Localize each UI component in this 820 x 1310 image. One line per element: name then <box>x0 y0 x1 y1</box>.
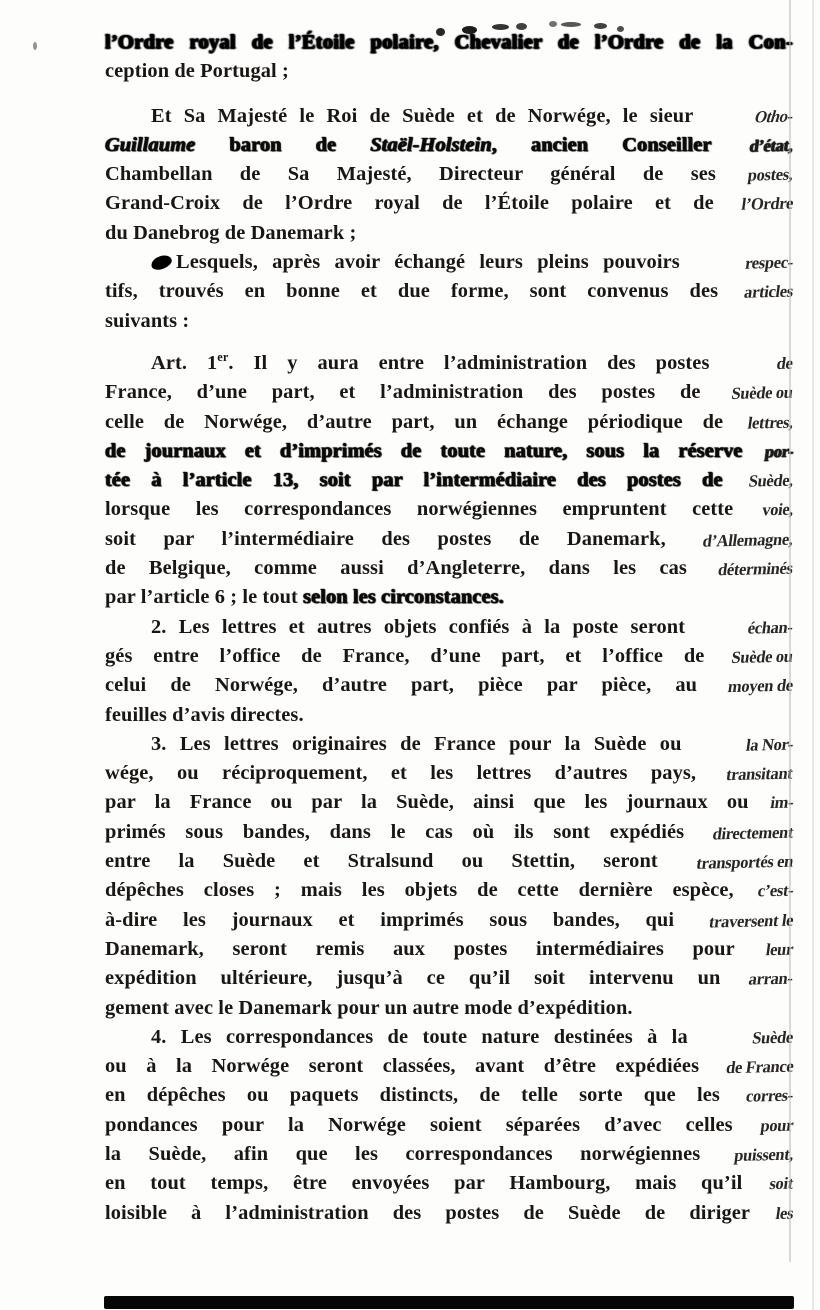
text-line: France, d’une part, et l’administration … <box>105 378 793 407</box>
text-line: expédition ultérieure, jusqu’à ce qu’il … <box>105 964 793 993</box>
text-segment: expédition ultérieure, jusqu’à ce qu’il … <box>105 967 720 989</box>
text-segment: la Suède, afin que les correspondances n… <box>105 1143 700 1165</box>
text-segment: par la France ou par la Suède, ainsi que… <box>105 791 749 813</box>
text-segment: Guillaume <box>105 134 195 156</box>
document-page: l’Ordre royal de l’Étoile polaire, Cheva… <box>0 0 820 1310</box>
text-line: gement avec le Danemark pour un autre mo… <box>105 994 793 1023</box>
text-line: ou à la Norwége seront classées, avant d… <box>105 1052 793 1081</box>
text-segment: de journaux et d’imprimés de toute natur… <box>105 440 743 462</box>
text-line: entre la Suède et Stralsund ou Stettin, … <box>105 847 793 876</box>
text-segment: entre la Suède et Stralsund ou Stettin, … <box>105 850 658 872</box>
edge-distorted-text: Suède <box>709 1024 795 1053</box>
text-line: à-dire les journaux et imprimés sous ban… <box>105 906 793 935</box>
text-line: Danemark, seront remis aux postes interm… <box>105 935 793 964</box>
text-line: lorsque les correspondances norwégiennes… <box>105 495 793 524</box>
text-segment: Lesquels, après avoir échangé leurs plei… <box>176 251 680 273</box>
edge-distorted-text: Suède, <box>747 467 795 495</box>
text-line: Art. 1er. Il y aura entre l’administrati… <box>105 349 793 378</box>
edge-distorted-text: Otho- <box>712 103 795 132</box>
text-line: 4. Les correspondances de toute nature d… <box>105 1023 793 1052</box>
text-segment: ception de Portugal ; <box>105 60 289 82</box>
text-line: primés sous bandes, dans le cas où ils s… <box>105 818 793 847</box>
edge-distorted-text: articles <box>742 278 794 306</box>
edge-distorted-text: traversent le <box>707 907 795 936</box>
text-segment: tifs, trouvés en bonne et due forme, son… <box>105 280 718 302</box>
text-line: dépêches closes ; mais les objets de cet… <box>105 876 793 905</box>
text-line: wége, ou réciproquement, et les lettres … <box>105 759 793 788</box>
edge-distorted-text: la Nor- <box>703 731 795 760</box>
text-line: celle de Norwége, d’autre part, un échan… <box>105 408 793 437</box>
text-segment: en dépêches ou paquets distincts, de tel… <box>105 1084 720 1106</box>
text-segment: suivants : <box>105 310 189 332</box>
text-segment: dépêches closes ; mais les objets de cet… <box>105 879 734 901</box>
text-line: par l’article 6 ; le tout selon les circ… <box>105 583 793 612</box>
text-line: 3. Les lettres originaires de France pou… <box>105 730 793 759</box>
edge-distorted-text: moyen de <box>726 672 795 701</box>
text-segment: Grand-Croix de l’Ordre royal de l’Étoile… <box>105 192 714 214</box>
text-segment: Danemark, seront remis aux postes interm… <box>105 938 734 960</box>
ink-speck <box>33 42 37 50</box>
text-segment: , ancien Conseiller <box>492 134 711 156</box>
text-line: feuilles d’avis directes. <box>105 701 793 730</box>
scan-edge-line <box>812 0 814 1310</box>
text-segment: selon les circonstances. <box>303 586 504 608</box>
edge-distorted-text: corres- <box>744 1082 795 1110</box>
text-segment: par l’article 6 ; le tout <box>105 586 303 608</box>
text-line: gés entre l’office de France, d’une part… <box>105 642 793 671</box>
text-segment: lorsque les correspondances norwégiennes… <box>105 498 733 520</box>
text-segment: wége, ou réciproquement, et les lettres … <box>105 762 696 784</box>
text-line: du Danebrog de Danemark ; <box>105 219 793 248</box>
text-segment: 3. Les lettres originaires de France pou… <box>151 733 682 755</box>
text-segment: primés sous bandes, dans le cas où ils s… <box>105 821 684 843</box>
text-line: Chambellan de Sa Majesté, Directeur géné… <box>105 160 793 189</box>
edge-distorted-text: d’Allemagne, <box>701 526 795 555</box>
text-line: suivants : <box>105 307 793 336</box>
text-line: en dépêches ou paquets distincts, de tel… <box>105 1081 793 1110</box>
text-segment: gement avec le Danemark pour un autre mo… <box>105 997 633 1019</box>
edge-distorted-text: Suède ou <box>730 379 795 408</box>
edge-distorted-text: postes, <box>746 161 795 189</box>
edge-distorted-text: échan- <box>705 614 795 643</box>
edge-distorted-text: d’état, <box>748 132 795 160</box>
ink-speck <box>561 22 581 27</box>
text-segment: loisible à l’administration des postes d… <box>105 1202 750 1224</box>
text-segment: pondances pour la Norwége soient séparée… <box>105 1114 733 1136</box>
text-segment: . Il y aura entre l’administration des p… <box>228 352 709 374</box>
text-segment: à-dire les journaux et imprimés sous ban… <box>105 909 674 931</box>
ink-speck <box>549 21 557 27</box>
text-segment: Art. 1 <box>151 352 217 374</box>
text-line: Grand-Croix de l’Ordre royal de l’Étoile… <box>105 189 793 218</box>
text-segment: 2. Les lettres et autres objets confiés … <box>151 616 685 638</box>
text-line: pondances pour la Norwége soient séparée… <box>105 1111 793 1140</box>
text-segment: du Danebrog de Danemark ; <box>105 222 356 244</box>
edge-distorted-text: l’Ordre <box>740 191 795 219</box>
text-line: l’Ordre royal de l’Étoile polaire, Cheva… <box>105 28 793 57</box>
text-segment: de Belgique, comme aussi d’Angleterre, d… <box>105 557 687 579</box>
text-line: celui de Norwége, d’autre part, pièce pa… <box>105 671 793 700</box>
edge-distorted-text: puissent, <box>732 1141 795 1170</box>
edge-distorted-text: Suède ou <box>730 643 795 672</box>
text-line: 2. Les lettres et autres objets confiés … <box>105 613 793 642</box>
text-segment: celui de Norwége, d’autre part, pièce pa… <box>105 674 697 696</box>
edge-distorted-text: arran- <box>747 965 795 993</box>
edge-distorted-text: de <box>734 350 795 379</box>
text-line: par la France ou par la Suède, ainsi que… <box>105 788 793 817</box>
scan-edge-line <box>789 0 791 1262</box>
edge-distorted-text: transitant <box>725 760 795 789</box>
text-segment: France, d’une part, et l’administration … <box>105 381 701 403</box>
ink-blot <box>150 254 174 272</box>
text-line: de journaux et d’imprimés de toute natur… <box>105 437 793 466</box>
text-segment: gés entre l’office de France, d’une part… <box>105 645 704 667</box>
text-segment: er <box>217 350 228 364</box>
text-line: loisible à l’administration des postes d… <box>105 1199 793 1228</box>
text-segment: en tout temps, être envoyées par Hambour… <box>105 1172 742 1194</box>
text-segment: feuilles d’avis directes. <box>105 704 304 726</box>
text-line: tifs, trouvés en bonne et due forme, son… <box>105 277 793 306</box>
text-segment: ou à la Norwége seront classées, avant d… <box>105 1055 699 1077</box>
scan-bottom-bar <box>104 1296 794 1309</box>
edge-distorted-text: lettres, <box>746 409 795 437</box>
text-segment: baron de <box>195 134 370 156</box>
text-line: de Belgique, comme aussi d’Angleterre, d… <box>105 554 793 583</box>
text-segment: 4. Les correspondances de toute nature d… <box>151 1026 688 1048</box>
text-line: Lesquels, après avoir échangé leurs plei… <box>105 248 793 277</box>
text-line: la Suède, afin que les correspondances n… <box>105 1140 793 1169</box>
edge-distorted-text: directement <box>711 819 795 848</box>
document-text: l’Ordre royal de l’Étoile polaire, Cheva… <box>105 28 793 1228</box>
edge-distorted-text: transportés en <box>694 848 794 877</box>
text-segment: l’Ordre royal de l’Étoile polaire, Cheva… <box>105 31 793 53</box>
text-line: Et Sa Majesté le Roi de Suède et de Norw… <box>105 102 793 131</box>
text-line: en tout temps, être envoyées par Hambour… <box>105 1169 793 1198</box>
text-segment: Staël-Holstein <box>370 134 491 156</box>
edge-distorted-text: déterminés <box>716 555 794 584</box>
text-line: ception de Portugal ; <box>105 57 793 86</box>
text-segment: soit par l’intermédiaire des postes de D… <box>105 528 666 550</box>
text-line: Guillaume baron de Staël-Holstein, ancie… <box>105 131 793 160</box>
text-segment: Chambellan de Sa Majesté, Directeur géné… <box>105 163 716 185</box>
text-line: tée à l’article 13, soit par l’intermédi… <box>105 466 793 495</box>
edge-distorted-text: respec- <box>702 249 795 278</box>
edge-distorted-text: les <box>774 1200 795 1228</box>
text-segment: tée à l’article 13, soit par l’intermédi… <box>105 469 723 491</box>
text-line: soit par l’intermédiaire des postes de D… <box>105 525 793 554</box>
edge-distorted-text: de France <box>724 1053 795 1082</box>
text-segment: Et Sa Majesté le Roi de Suède et de Norw… <box>151 105 693 127</box>
text-segment: celle de Norwége, d’autre part, un échan… <box>105 411 723 433</box>
